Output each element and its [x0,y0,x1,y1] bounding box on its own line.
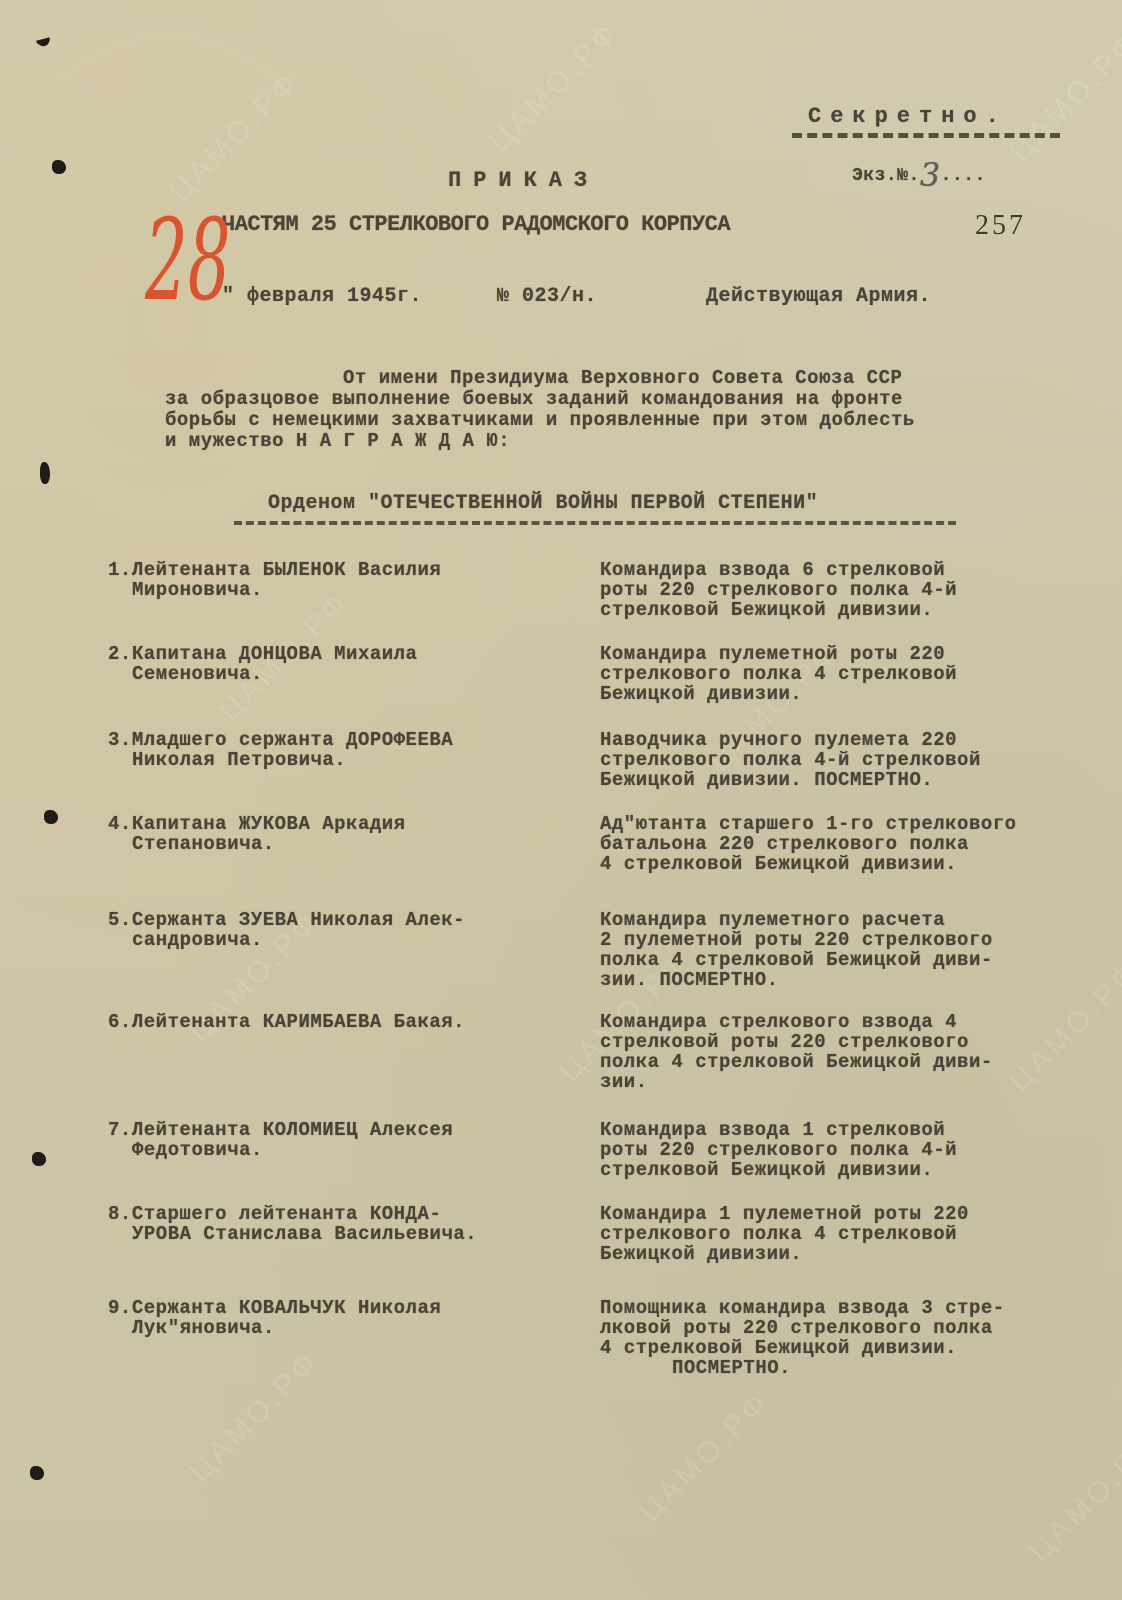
awardee-position: Командира стрелкового взвода 4 стрелково… [600,1012,1105,1092]
awardee-name: 8.Старшего лейтенанта КОНДА-УРОВА Станис… [108,1204,568,1244]
awardee-name: 4.Капитана ЖУКОВА АркадияСтепановича. [108,814,568,854]
awardee-name: 7.Лейтенанта КОЛОМИЕЦ АлексеяФедотовича. [108,1120,568,1160]
awardee-position: Командира пулеметной роты 220 стрелковог… [600,644,1105,704]
awardee-list: 1.Лейтенанта БЫЛЕНОК ВасилияМироновича. … [0,0,1122,1600]
awardee-name: 9.Сержанта КОВАЛЬЧУК НиколаяЛук"яновича. [108,1298,568,1338]
awardee-position: Наводчика ручного пулемета 220 стрелково… [600,730,1105,790]
awardee-name: 2.Капитана ДОНЦОВА МихаилаСеменовича. [108,644,568,684]
awardee-name: 5.Сержанта ЗУЕВА Николая Алек-сандровича… [108,910,568,950]
document-page: ЦАМО.РФ ЦАМО.РФ ЦАМО.РФ ЦАМО.РФ ЦАМО.РФ … [0,0,1122,1600]
awardee-position: Помощника командира взвода 3 стре- лково… [600,1298,1105,1378]
awardee-name: 1.Лейтенанта БЫЛЕНОК ВасилияМироновича. [108,560,568,600]
posthumous-note: ПОСМЕРТНО. [600,1358,1105,1378]
awardee-position: Командира пулеметного расчета 2 пулеметн… [600,910,1105,990]
awardee-position: Командира 1 пулеметной роты 220 стрелков… [600,1204,1105,1264]
awardee-position: Командира взвода 1 стрелковой роты 220 с… [600,1120,1105,1180]
awardee-position: Командира взвода 6 стрелковой роты 220 с… [600,560,1105,620]
awardee-name: 6.Лейтенанта КАРИМБАЕВА Бакая. [108,1012,568,1032]
awardee-name: 3.Младшего сержанта ДОРОФЕЕВАНиколая Пет… [108,730,568,770]
awardee-position: Ад"ютанта старшего 1-го стрелкового бата… [600,814,1105,874]
